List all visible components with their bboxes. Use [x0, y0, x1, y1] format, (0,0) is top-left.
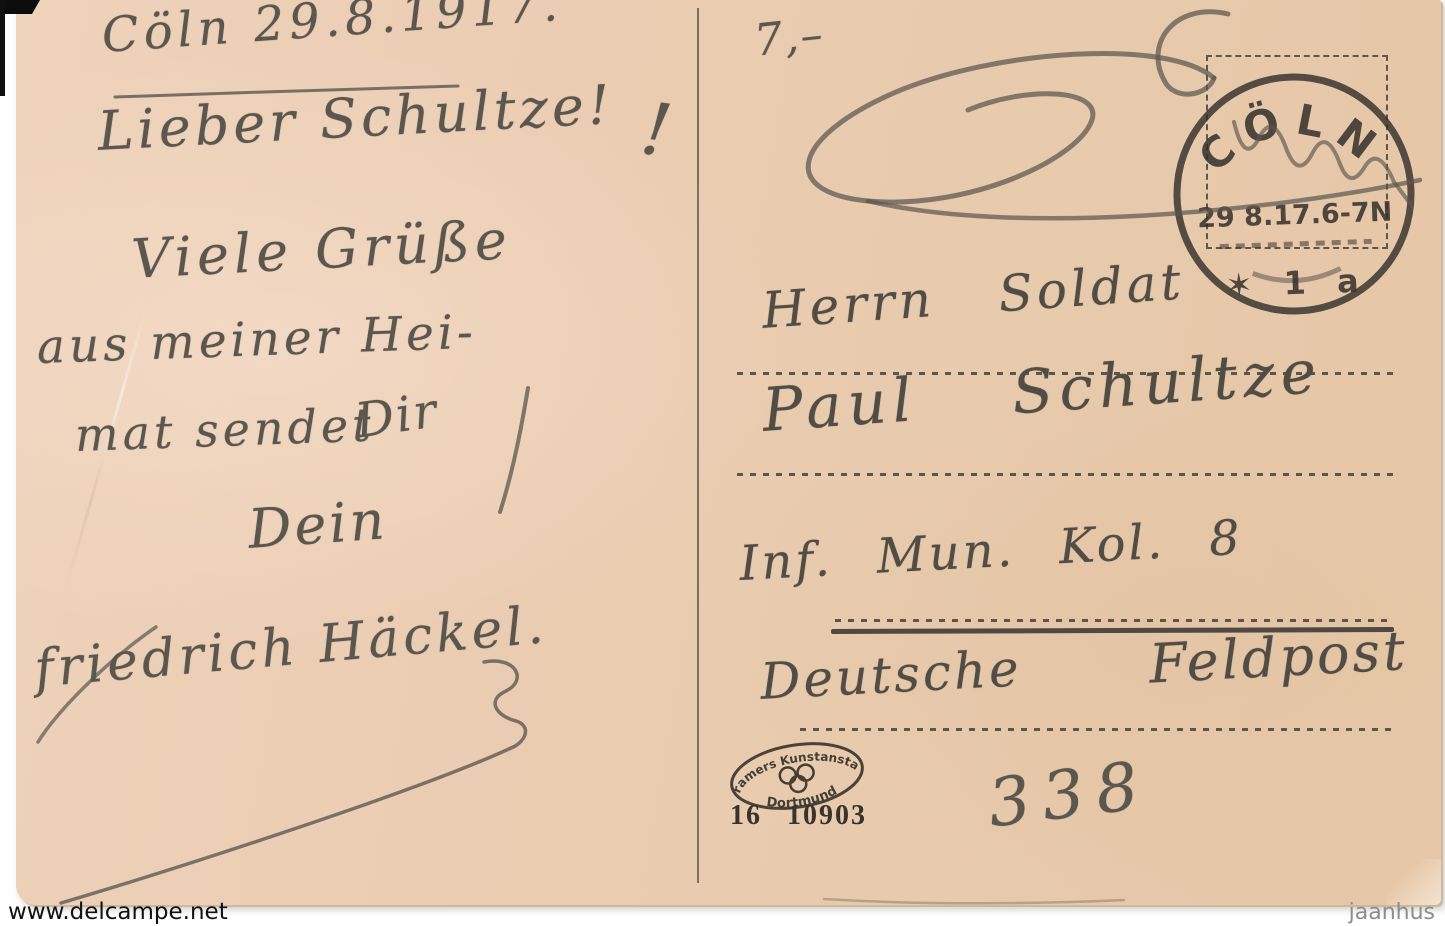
- feldpost-scrawl-letters: [1234, 122, 1412, 206]
- watermark-jaanhus: jaanhus: [1349, 900, 1435, 925]
- pencil-flourishes: [16, 0, 1441, 905]
- signature-lead-stroke: [38, 627, 156, 742]
- postcard-back: Cöln 29.8.1917. Lieber Schultze! ! Viele…: [16, 0, 1441, 905]
- scan-edge-artifact: [0, 0, 5, 96]
- feldpost-scrawl: [1158, 12, 1228, 94]
- watermark-delcampe: www.delcampe.net: [8, 899, 228, 925]
- feldpost-scrawl-underline: [868, 180, 1420, 218]
- feldpost-scrawl: [808, 53, 1214, 202]
- stray-pencil-mark: [824, 899, 1124, 903]
- message-slash-stroke: [500, 388, 528, 512]
- dateline-underline: [115, 86, 458, 97]
- signature-flourish: [61, 661, 525, 903]
